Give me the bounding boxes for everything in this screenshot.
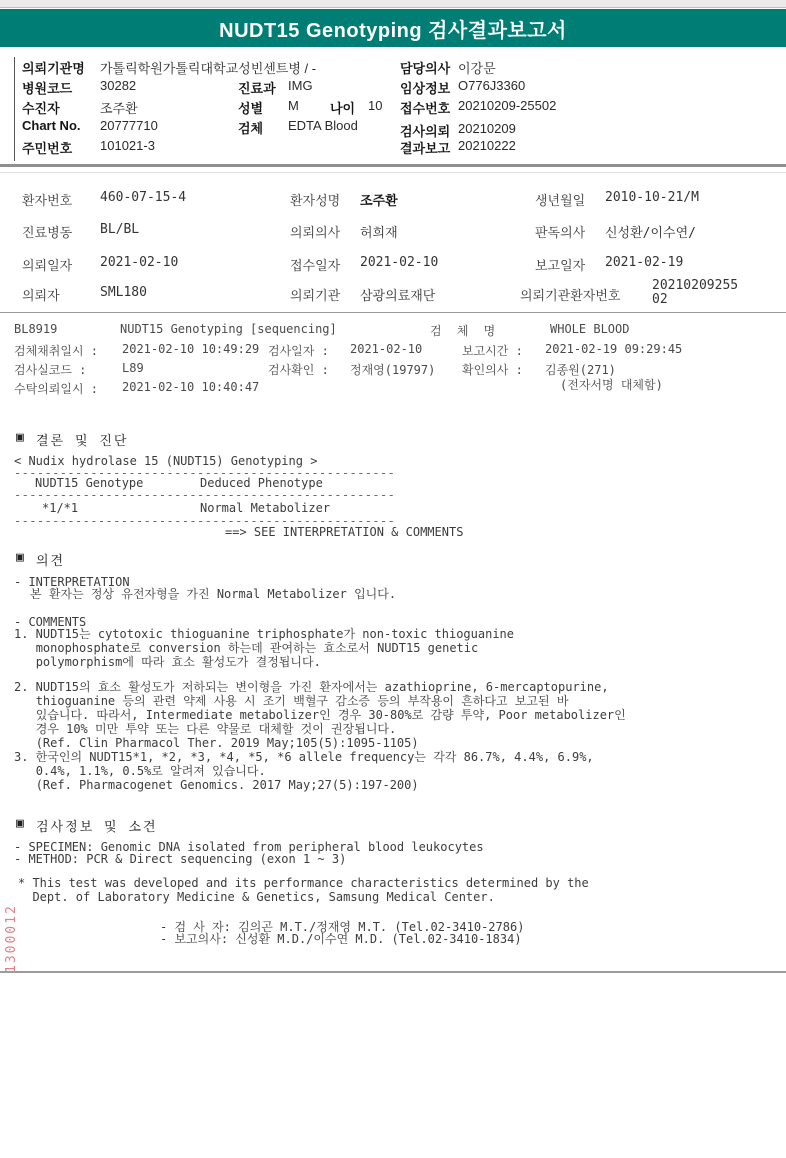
conclusion-section: ▣ 결론 및 진단 < Nudix hydrolase 15 (NUDT15) … (0, 426, 786, 546)
resident-no-label: 주민번호 (22, 138, 72, 157)
age-value: 10 (368, 98, 382, 113)
age-label: 나이 (330, 98, 355, 117)
doctor-label: 담당의사 (400, 58, 450, 77)
accession-value: 20210209-25502 (458, 98, 556, 113)
registration-left-border (14, 57, 15, 161)
conclusion-marker-icon: ▣ (16, 430, 24, 445)
phenotype-result: Normal Metabolizer (200, 501, 330, 515)
referring-org-value: 삼광의료재단 (360, 285, 435, 304)
test-info-section: ▣ 검사정보 및 소견 - SPECIMEN: Genomic DNA isol… (0, 814, 786, 914)
birthdate-label: 생년월일 (535, 190, 585, 209)
test-info-heading: 검사정보 및 소견 (36, 816, 158, 835)
genotype-result: *1/*1 (42, 501, 78, 515)
doctor-value: 이강문 (458, 58, 496, 77)
side-barcode-number: 1300012 (4, 904, 19, 973)
signature-block: - 검 사 자: 김의곤 M.T./정재영 M.T. (Tel.02-3410-… (0, 918, 786, 952)
clinical-value: O776J3360 (458, 78, 525, 93)
test-info-marker-icon: ▣ (16, 816, 24, 831)
patient-name-label: 환자성명 (290, 190, 340, 209)
section-divider-heavy (0, 164, 786, 167)
report-title-bar: NUDT15 Genotyping 검사결과보고서 (0, 9, 786, 47)
ordering-doctor-value: 허희재 (360, 222, 398, 241)
opinion-section: ▣ 의견 - INTERPRETATION 본 환자는 정상 유전자형을 가진 … (0, 548, 786, 814)
referral-datetime-value: 2021-02-10 10:40:47 (122, 380, 259, 394)
opinion-marker-icon: ▣ (16, 550, 24, 565)
reported-label: 보고시간 : (462, 342, 523, 359)
chart-no-value: 20777710 (100, 118, 158, 133)
esign-note: (전자서명 대체함) (560, 376, 663, 393)
section-divider-light (0, 172, 786, 173)
report-date-value: 20210222 (458, 138, 516, 153)
reported-value: 2021-02-19 09:29:45 (545, 342, 682, 356)
specimen-name-label: 검 체 명 (430, 322, 499, 339)
specimen-type-value: EDTA Blood (288, 118, 358, 133)
birthdate-value: 2010-10-21/M (605, 190, 699, 205)
ward-value: BL/BL (100, 222, 139, 237)
sex-label: 성별 (238, 98, 263, 117)
test-header-block: BL8919 NUDT15 Genotyping [sequencing] 검 … (0, 316, 786, 426)
patient-name-value: 조주환 (360, 190, 398, 209)
request-date-label: 의뢰일자 (22, 255, 72, 274)
patient-no-value: 460-07-15-4 (100, 190, 186, 205)
result-divider-mid: ----------------------------------------… (14, 490, 395, 500)
test-code: BL8919 (14, 322, 57, 336)
collected-value: 2021-02-10 10:49:29 (122, 342, 259, 356)
patient-label: 수진자 (22, 98, 60, 117)
hospital-code-value: 30282 (100, 78, 136, 93)
report-day-value: 2021-02-19 (605, 255, 683, 270)
report-date-label: 결과보고 (400, 138, 450, 157)
test-name: NUDT15 Genotyping [sequencing] (120, 322, 337, 336)
top-strip (0, 0, 786, 8)
method-info-line: - METHOD: PCR & Direct sequencing (exon … (14, 852, 346, 866)
conclusion-heading: 결론 및 진단 (36, 430, 128, 449)
org-label: 의뢰기관명 (22, 58, 85, 77)
request-date-value: 2021-02-10 (100, 255, 178, 270)
resident-no-value: 101021-3 (100, 138, 155, 153)
org-value: 가톨릭학원가톨릭대학교성빈센트병 / - (100, 58, 316, 77)
clinical-label: 임상정보 (400, 78, 450, 97)
requester-label: 의뢰자 (22, 285, 60, 304)
see-interpretation-note: ==> SEE INTERPRETATION & COMMENTS (225, 525, 463, 539)
referring-org-label: 의뢰기관 (290, 285, 340, 304)
test-date-label: 검사일자 : (268, 342, 329, 359)
comment-item-3: 3. 한국인의 NUDT15*1, *2, *3, *4, *5, *6 all… (14, 750, 780, 792)
hospital-code-label: 병원코드 (22, 78, 72, 97)
interpretation-text: 본 환자는 정상 유전자형을 가진 Normal Metabolizer 입니다… (30, 587, 396, 601)
patient-info-table: 환자번호 460-07-15-4 환자성명 조주환 생년월일 2010-10-2… (0, 178, 786, 313)
specimen-type-label: 검체 (238, 118, 263, 137)
accession-label: 접수번호 (400, 98, 450, 117)
verified-value: 정재영(19797) (350, 361, 435, 378)
test-date-value: 2021-02-10 (350, 342, 422, 356)
specimen-name-value: WHOLE BLOOD (550, 322, 629, 336)
ward-label: 진료병동 (22, 222, 72, 241)
receipt-date-value: 2021-02-10 (360, 255, 438, 270)
lab-disclaimer: * This test was developed and its perfor… (18, 876, 778, 904)
sex-value: M (288, 98, 299, 113)
page-title: NUDT15 Genotyping 검사결과보고서 (219, 14, 567, 43)
requester-value: SML180 (100, 285, 147, 300)
patient-no-label: 환자번호 (22, 190, 72, 209)
ordering-doctor-label: 의뢰의사 (290, 222, 340, 241)
comment-item-1: 1. NUDT15는 cytotoxic thioguanine triphos… (14, 627, 780, 669)
dept-value: IMG (288, 78, 313, 93)
reporter-signature-line: - 보고의사: 신성환 M.D./이수연 M.D. (Tel.02-3410-1… (160, 932, 522, 946)
chart-no-label: Chart No. (22, 118, 81, 133)
org-patient-no-value: 2021020925502 (652, 279, 744, 307)
verified-label: 검사확인 : (268, 361, 329, 378)
lab-report-page: { "title": "NUDT15 Genotyping 검사결과보고서", … (0, 0, 786, 1158)
dept-label: 진료과 (238, 78, 276, 97)
opinion-heading: 의견 (36, 550, 65, 569)
patient-value: 조주환 (100, 98, 138, 117)
org-patient-no-label: 의뢰기관환자번호 (520, 285, 620, 304)
confirm-doctor-label: 확인의사 : (462, 361, 523, 378)
referral-datetime-label: 수탁의뢰일시 : (14, 380, 98, 397)
registration-block: 의뢰기관명 가톨릭학원가톨릭대학교성빈센트병 / - 담당의사 이강문 병원코드… (0, 55, 786, 161)
reading-doctor-value: 신성환/이수연/ (605, 222, 696, 241)
lab-code-label: 검사실코드 : (14, 361, 86, 378)
lab-code-value: L89 (122, 361, 144, 375)
report-day-label: 보고일자 (535, 255, 585, 274)
page-bottom-divider (0, 971, 786, 973)
comment-item-2: 2. NUDT15의 효소 활성도가 저하되는 변이형을 가진 환자에서는 az… (14, 680, 780, 750)
receipt-date-label: 접수일자 (290, 255, 340, 274)
reading-doctor-label: 판독의사 (535, 222, 585, 241)
order-date-value: 20210209 (458, 121, 516, 136)
collected-label: 검체채취일시 : (14, 342, 98, 359)
